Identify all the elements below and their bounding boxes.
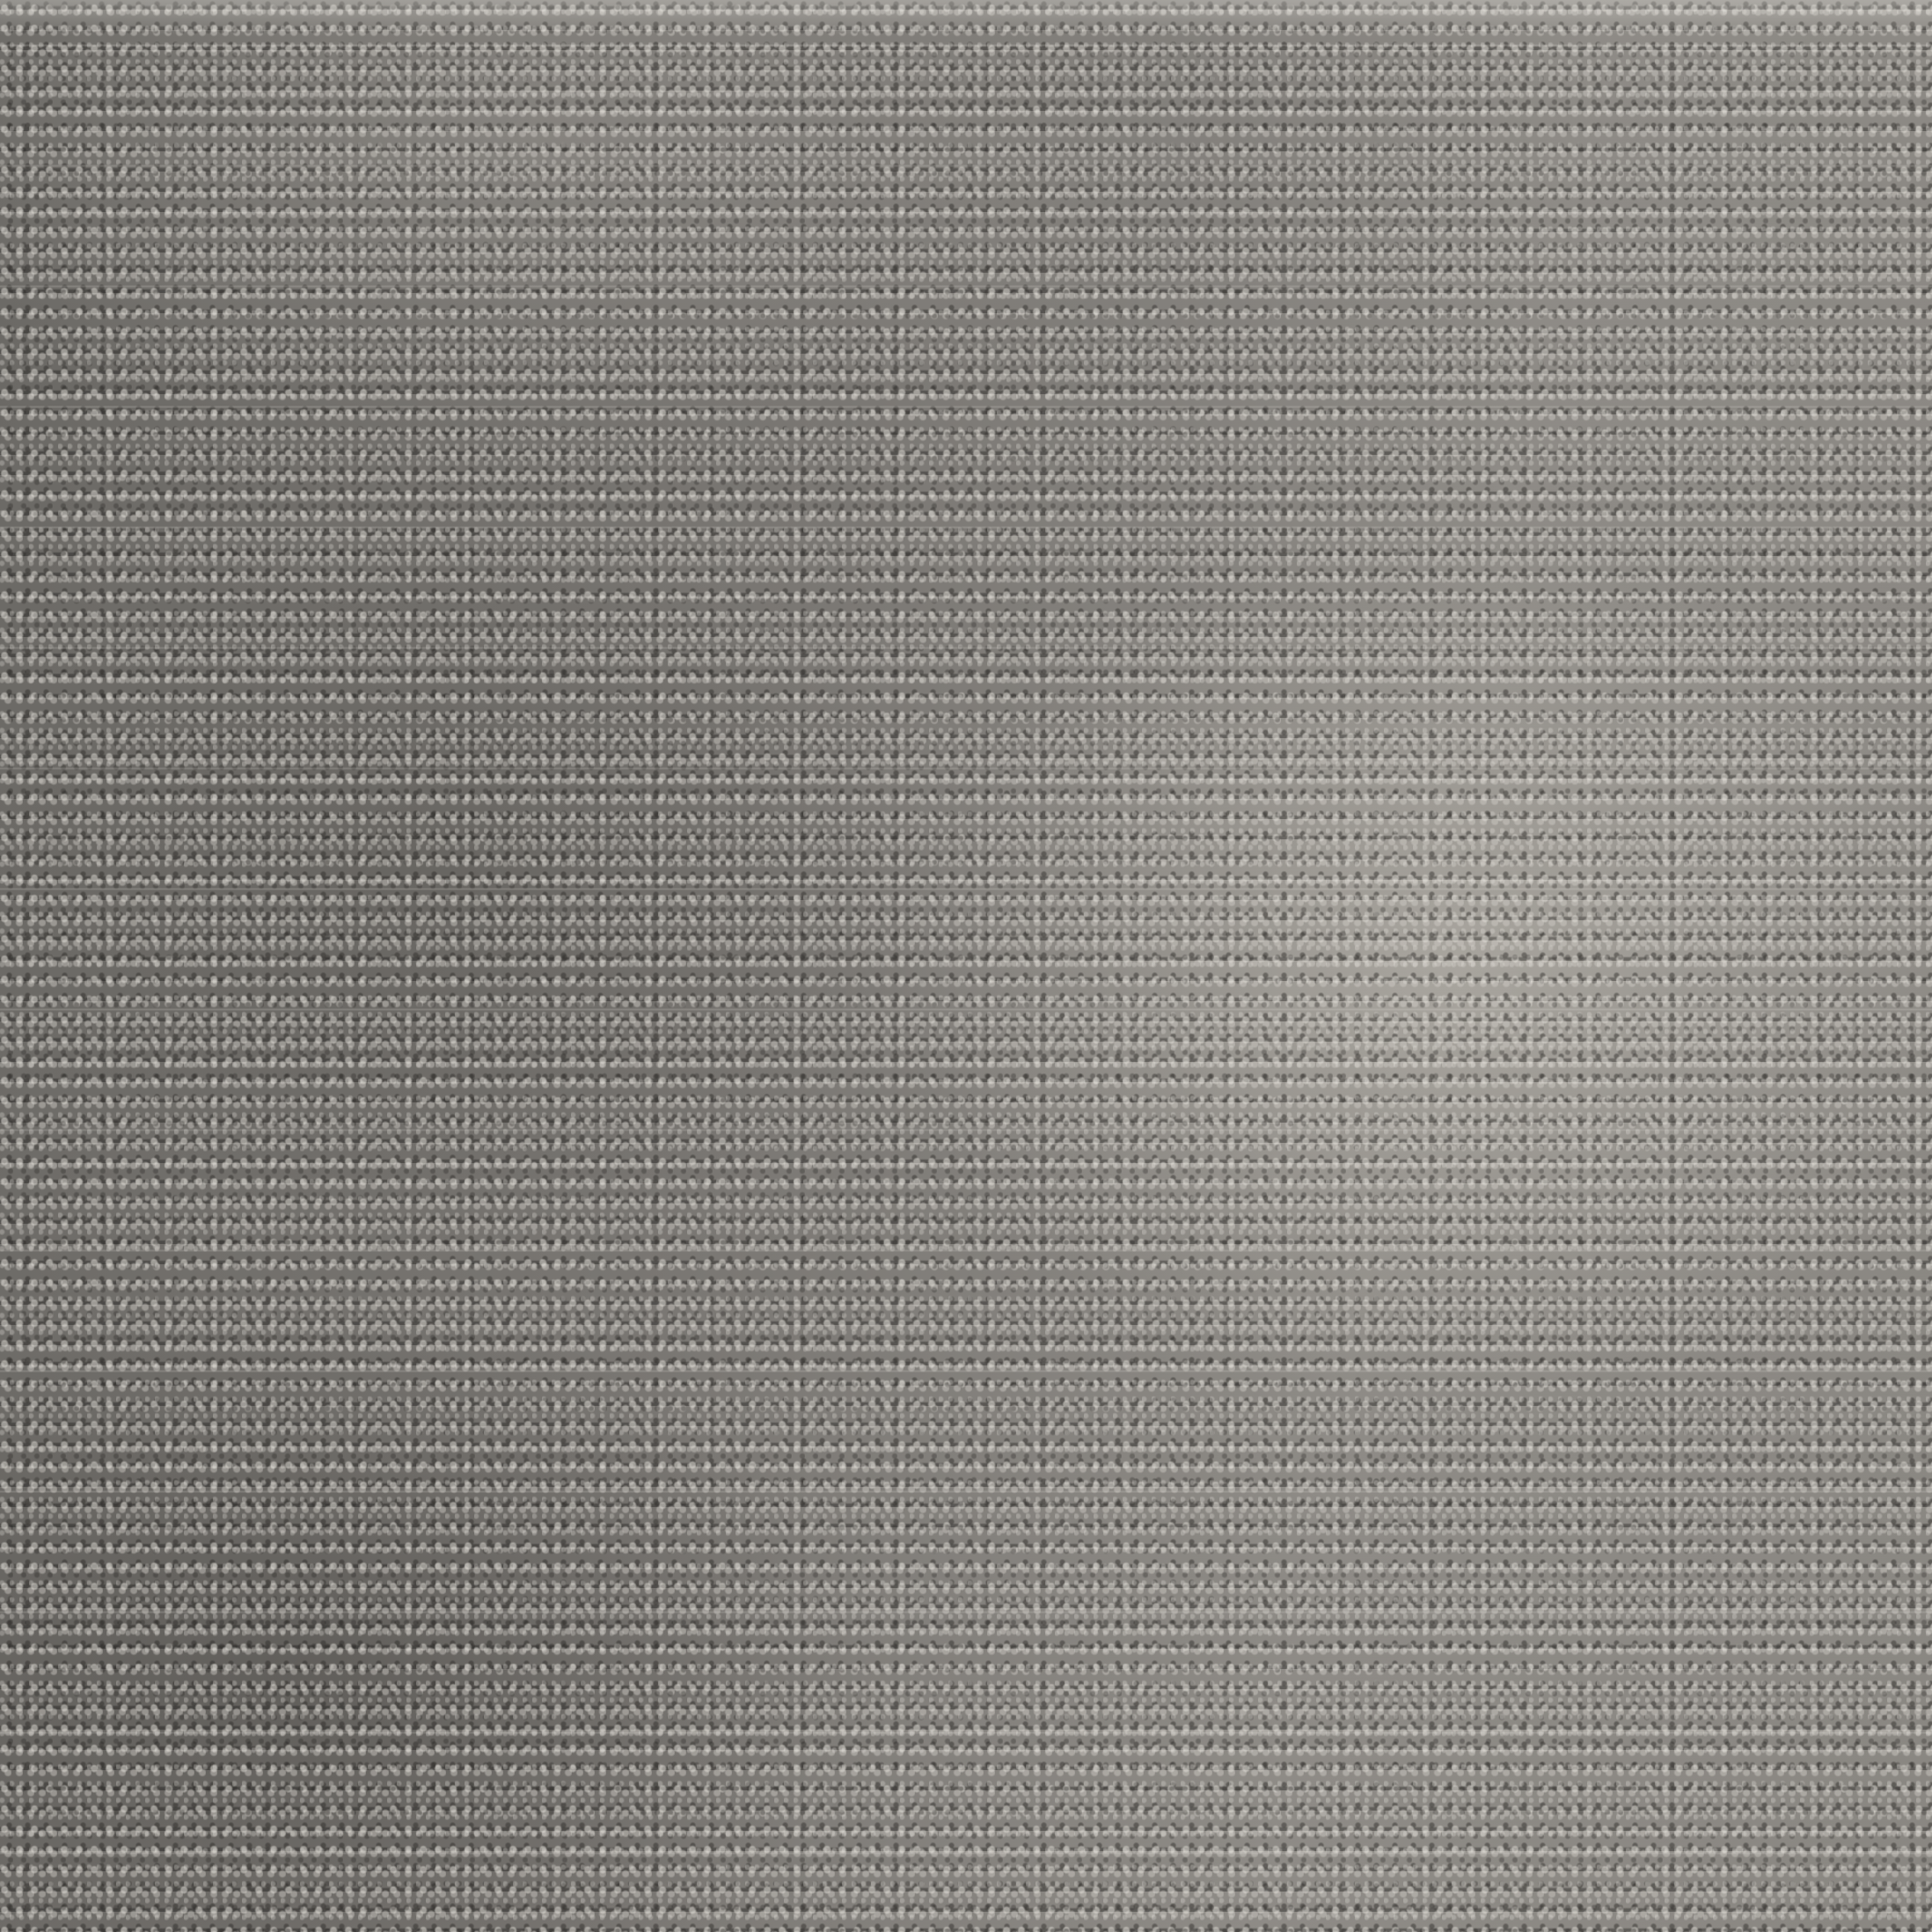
top-highlight <box>0 0 1932 35</box>
bright-thread-lines <box>0 0 1932 1932</box>
carpet-texture-photo <box>0 0 1932 1932</box>
